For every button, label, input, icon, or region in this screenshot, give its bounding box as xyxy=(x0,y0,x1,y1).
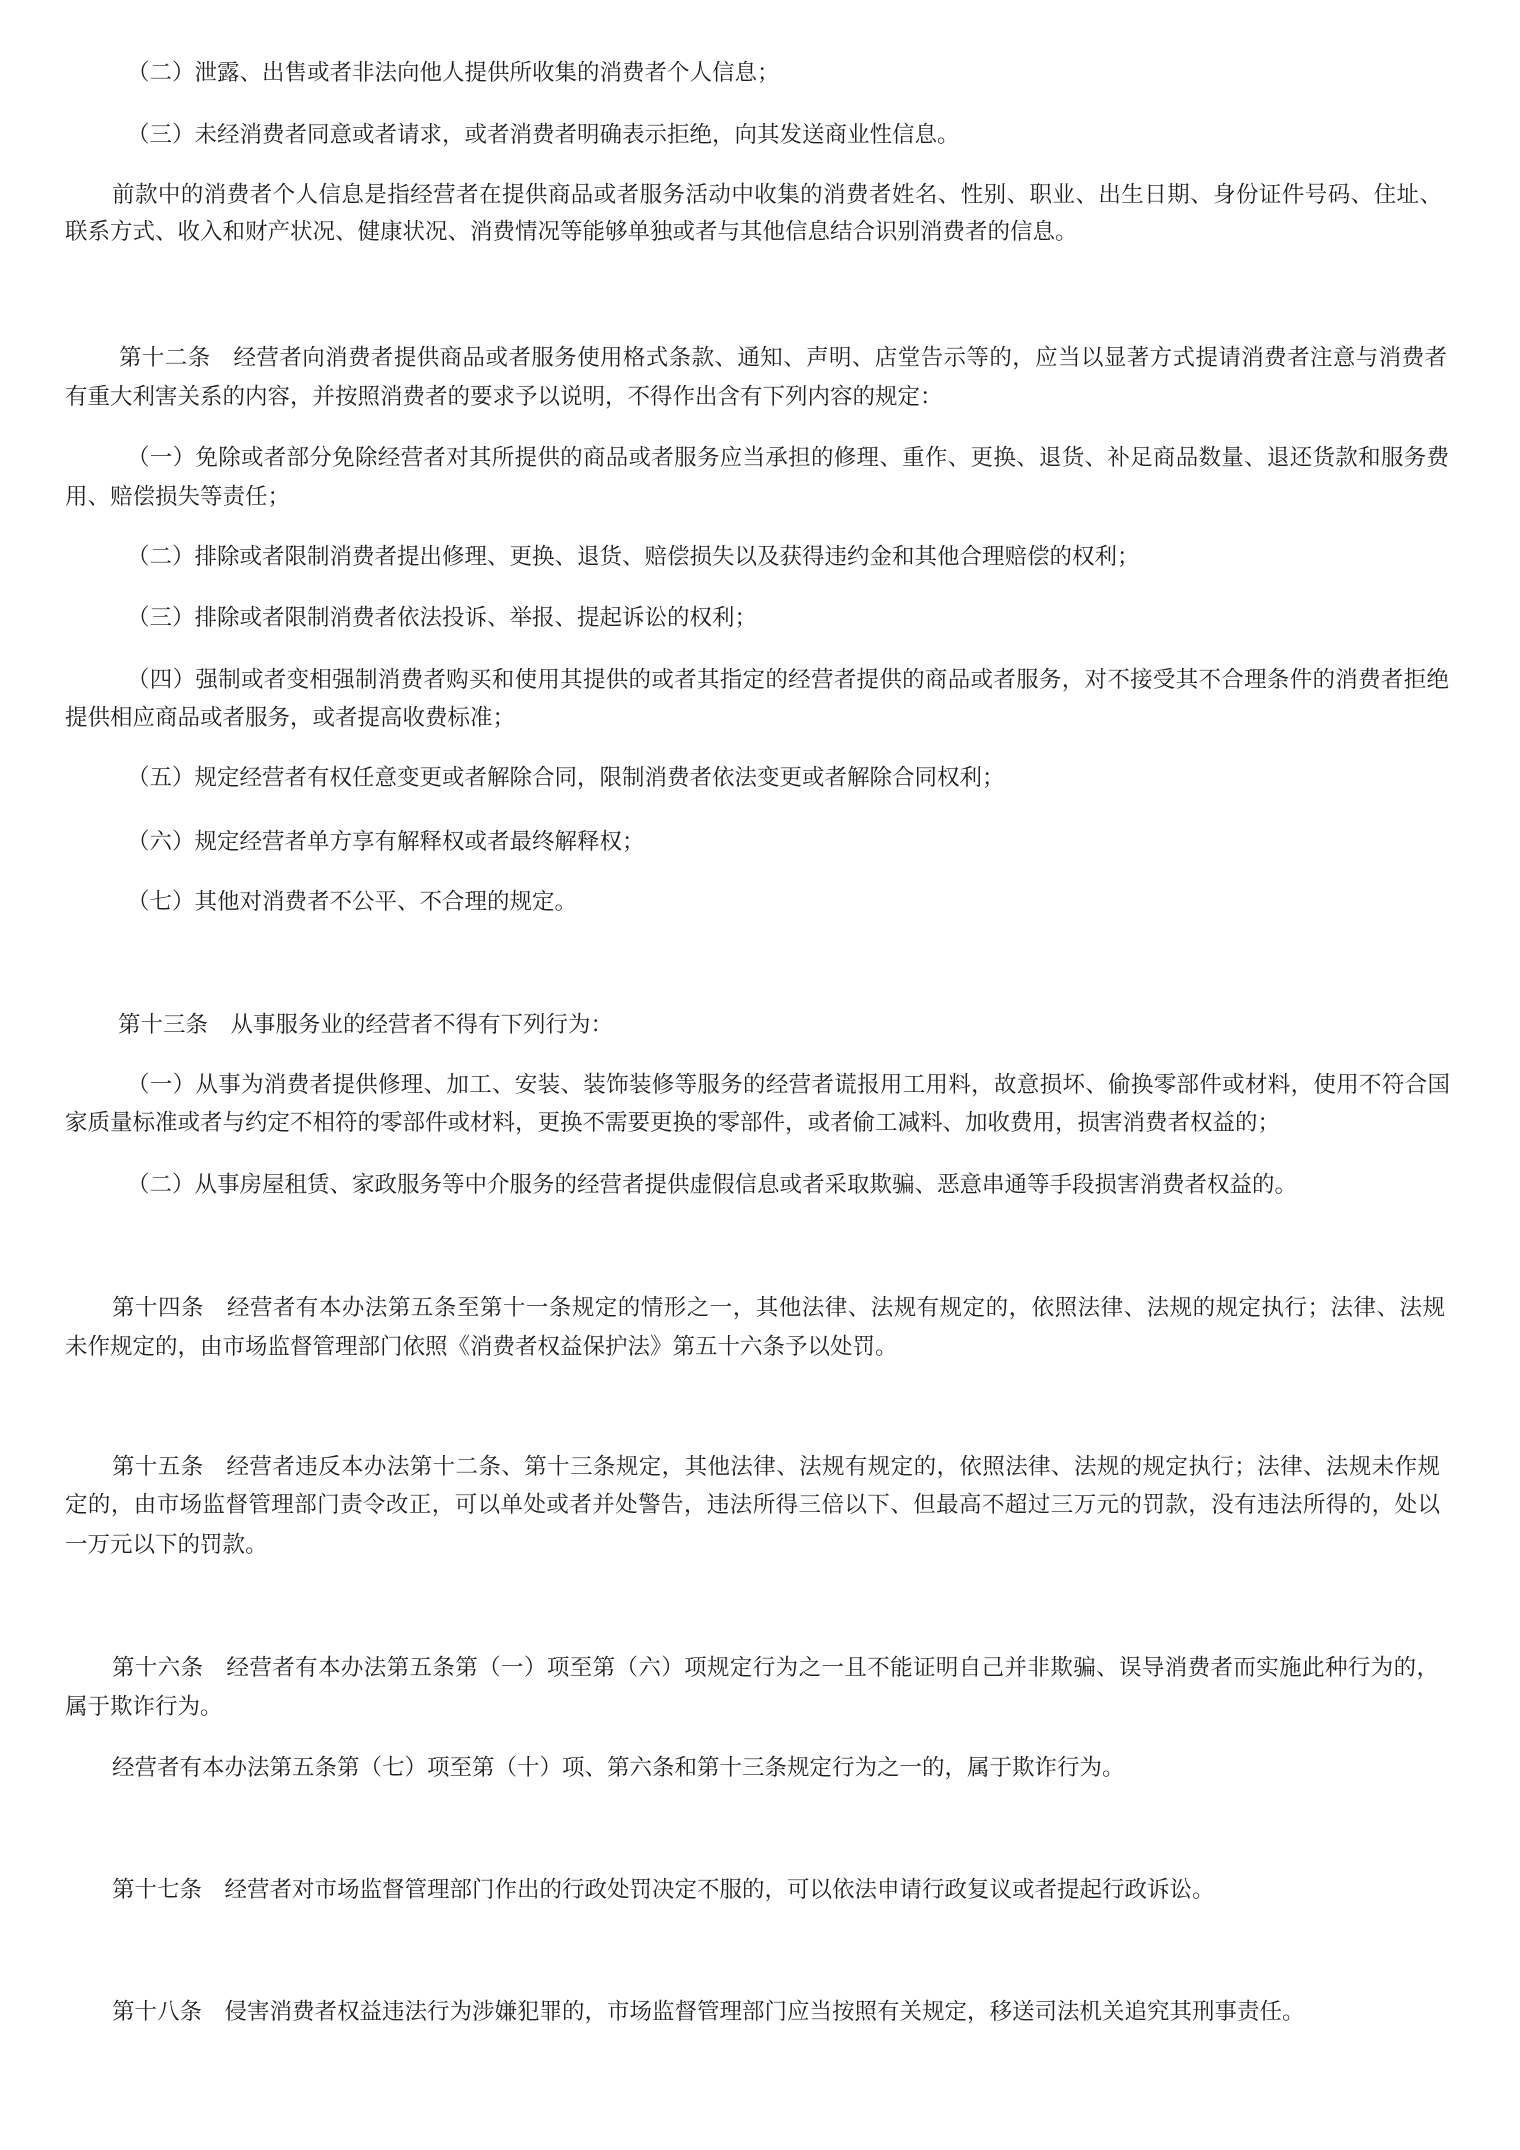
text-line: 定的，由市场监督管理部门责令改正，可以单处或者并处警告，违法所得三倍以下、但最高… xyxy=(65,1490,1440,1520)
text-line: 第十八条 侵害消费者权益违法行为涉嫌犯罪的，市场监督管理部门应当按照有关规定，移… xyxy=(112,1997,1305,2027)
document-page: （二）泄露、出售或者非法向他人提供所收集的消费者个人信息；（三）未经消费者同意或… xyxy=(0,0,1520,2150)
text-line: （二）从事房屋租赁、家政服务等中介服务的经营者提供虚假信息或者采取欺骗、恶意串通… xyxy=(127,1170,1297,1200)
text-line: （五）规定经营者有权任意变更或者解除合同，限制消费者依法变更或者解除合同权利； xyxy=(127,763,1005,793)
text-line: 第十七条 经营者对市场监督管理部门作出的行政处罚决定不服的，可以依法申请行政复议… xyxy=(112,1875,1215,1905)
text-line: 第十三条 从事服务业的经营者不得有下列行为： xyxy=(118,1010,613,1040)
text-line: 经营者有本办法第五条第（七）项至第（十）项、第六条和第十三条规定行为之一的，属于… xyxy=(112,1753,1125,1783)
text-line: 第十二条 经营者向消费者提供商品或者服务使用格式条款、通知、声明、店堂告示等的，… xyxy=(119,343,1447,373)
text-line: 一万元以下的罚款。 xyxy=(65,1530,268,1560)
text-line: （三）未经消费者同意或者请求，或者消费者明确表示拒绝，向其发送商业性信息。 xyxy=(127,120,960,150)
text-line: 第十五条 经营者违反本办法第十二条、第十三条规定，其他法律、法规有规定的，依照法… xyxy=(112,1452,1440,1482)
text-line: 家质量标准或者与约定不相符的零部件或材料，更换不需要更换的零部件，或者偷工减料、… xyxy=(65,1108,1280,1138)
text-line: 前款中的消费者个人信息是指经营者在提供商品或者服务活动中收集的消费者姓名、性别、… xyxy=(112,180,1442,210)
text-line: 未作规定的，由市场监督管理部门依照《消费者权益保护法》第五十六条予以处罚。 xyxy=(65,1332,898,1362)
text-line: （二）排除或者限制消费者提出修理、更换、退货、赔偿损失以及获得违约金和其他合理赔… xyxy=(127,542,1140,572)
text-line: 有重大利害关系的内容，并按照消费者的要求予以说明，不得作出含有下列内容的规定： xyxy=(65,382,943,412)
text-line: （六）规定经营者单方享有解释权或者最终解释权； xyxy=(127,827,645,857)
text-line: 用、赔偿损失等责任； xyxy=(65,482,290,512)
text-line: 第十六条 经营者有本办法第五条第（一）项至第（六）项规定行为之一且不能证明自己并… xyxy=(112,1653,1439,1683)
text-line: （三）排除或者限制消费者依法投诉、举报、提起诉讼的权利； xyxy=(127,603,757,633)
text-line: 属于欺诈行为。 xyxy=(65,1692,223,1722)
text-line: （四）强制或者变相强制消费者购买和使用其提供的或者其指定的经营者提供的商品或者服… xyxy=(127,665,1449,695)
text-line: （一）从事为消费者提供修理、加工、安装、装饰装修等服务的经营者谎报用工用料，故意… xyxy=(127,1070,1450,1100)
text-line: （七）其他对消费者不公平、不合理的规定。 xyxy=(127,887,577,917)
text-line: 联系方式、收入和财产状况、健康状况、消费情况等能够单独或者与其他信息结合识别消费… xyxy=(65,217,1078,247)
text-line: 提供相应商品或者服务，或者提高收费标准； xyxy=(65,703,515,733)
text-line: 第十四条 经营者有本办法第五条至第十一条规定的情形之一，其他法律、法规有规定的，… xyxy=(112,1293,1445,1323)
text-line: （一）免除或者部分免除经营者对其所提供的商品或者服务应当承担的修理、重作、更换、… xyxy=(127,443,1449,473)
text-line: （二）泄露、出售或者非法向他人提供所收集的消费者个人信息； xyxy=(127,58,780,88)
